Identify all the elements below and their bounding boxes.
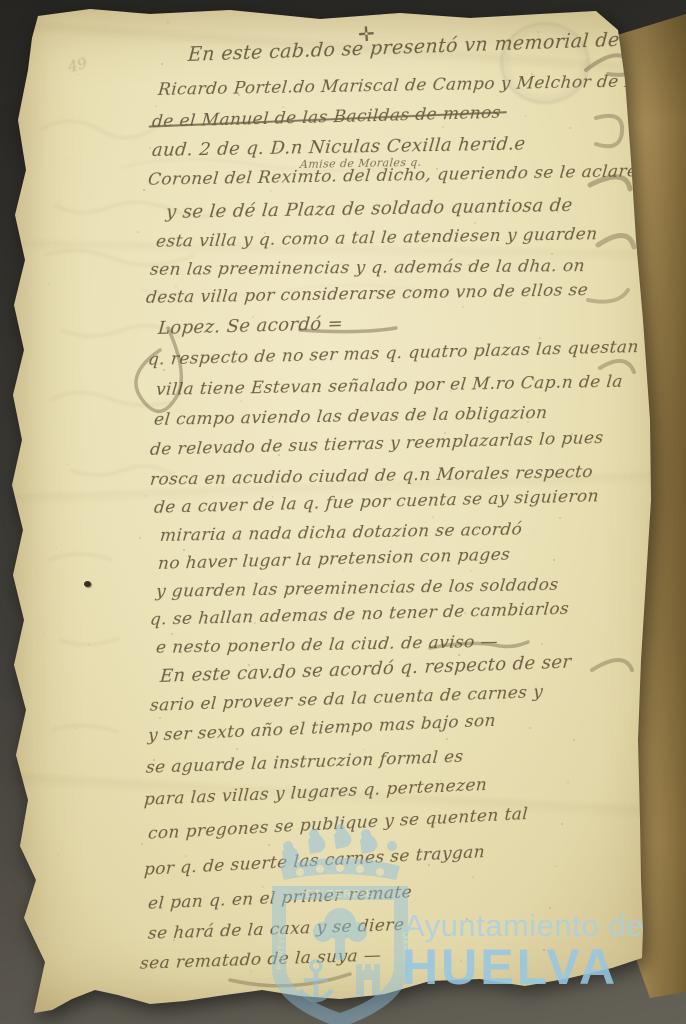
manuscript-page: ✛ 49 En este cab.do se presentó vn memor… [0,0,686,1024]
ink-blot [84,581,91,587]
manuscript-page-wrap: ✛ 49 En este cab.do se presentó vn memor… [0,0,686,1024]
ink-flourishes [0,0,686,1024]
scanner-background: ✛ 49 En este cab.do se presentó vn memor… [0,0,686,1024]
